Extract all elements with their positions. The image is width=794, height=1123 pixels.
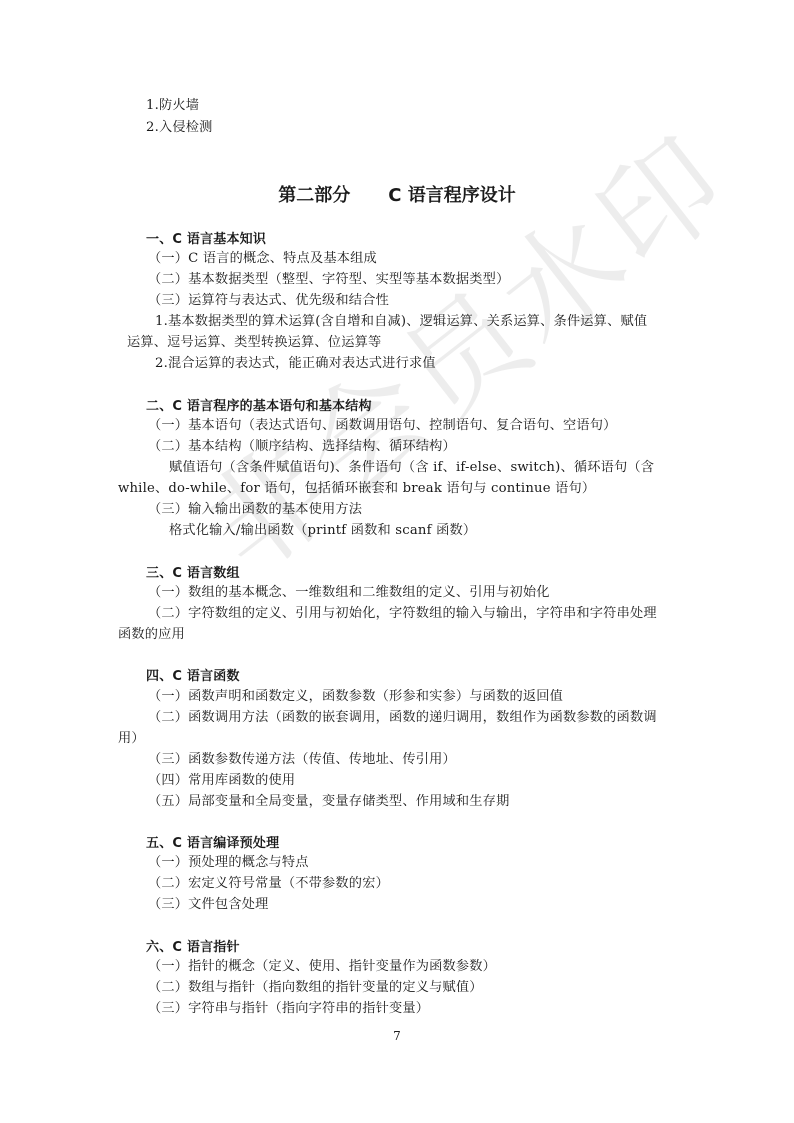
document-page: 非会员水印 1.防火墙 2.入侵检测 第二部分C 语言程序设计 一、C 语言基本… <box>0 0 794 1123</box>
part-subject: C 语言程序设计 <box>388 185 515 206</box>
section-line: （一）基本语句（表达式语句、函数调用语句、控制语句、复合语句、空语句） <box>148 415 617 436</box>
section-line: 1.基本数据类型的算术运算(含自增和自减)、逻辑运算、关系运算、条件运算、赋值 <box>155 311 647 332</box>
section-line: （三）字符串与指针（指向字符串的指针变量） <box>148 998 429 1019</box>
section-line: （一）预处理的概念与特点 <box>148 852 309 873</box>
section-line: （一）指针的概念（定义、使用、指针变量作为函数参数） <box>148 956 496 977</box>
section-line: （三）函数参数传递方法（传值、传地址、传引用） <box>148 749 456 770</box>
section-line: （一）C 语言的概念、特点及基本组成 <box>148 248 377 269</box>
section-line: while、do-while、for 语句，包括循环嵌套和 break 语句与 … <box>118 478 595 499</box>
section-heading: 六、C 语言指针 <box>146 937 240 958</box>
section-line: （三）文件包含处理 <box>148 894 269 915</box>
list-item: 1.防火墙 <box>146 95 199 116</box>
section-line: （三）运算符与表达式、优先级和结合性 <box>148 290 389 311</box>
section-line: （一）数组的基本概念、一维数组和二维数组的定义、引用与初始化 <box>148 582 550 603</box>
section-heading: 四、C 语言函数 <box>146 666 240 687</box>
section-line: （三）输入输出函数的基本使用方法 <box>148 499 362 520</box>
section-line: 用） <box>118 728 145 749</box>
section-heading: 三、C 语言数组 <box>146 563 240 584</box>
section-heading: 一、C 语言基本知识 <box>146 229 266 250</box>
section-line: 格式化输入/输出函数（printf 函数和 scanf 函数） <box>169 520 476 541</box>
section-line: （二）字符数组的定义、引用与初始化，字符数组的输入与输出，字符串和字符串处理 <box>148 603 657 624</box>
section-line: （二）基本数据类型（整型、字符型、实型等基本数据类型） <box>148 269 509 290</box>
section-line: （一）函数声明和函数定义，函数参数（形参和实参）与函数的返回值 <box>148 686 563 707</box>
page-title: 第二部分C 语言程序设计 <box>0 181 794 207</box>
part-label: 第二部分 <box>278 185 350 206</box>
section-line: （二）函数调用方法（函数的嵌套调用，函数的递归调用，数组作为函数参数的函数调 <box>148 707 657 728</box>
section-heading: 五、C 语言编译预处理 <box>146 833 279 854</box>
section-line: （四）常用库函数的使用 <box>148 770 295 791</box>
section-line: （五）局部变量和全局变量，变量存储类型、作用域和生存期 <box>148 791 509 812</box>
section-line: （二）宏定义符号常量（不带参数的宏） <box>148 873 389 894</box>
section-line: 赋值语句（含条件赋值语句)、条件语句（含 if、if-else、switch)、… <box>169 457 654 478</box>
page-number: 7 <box>0 1029 794 1043</box>
section-line: （二）基本结构（顺序结构、选择结构、循环结构） <box>148 436 456 457</box>
section-line: 运算、逗号运算、类型转换运算、位运算等 <box>127 332 381 353</box>
section-line: 函数的应用 <box>118 624 185 645</box>
section-heading: 二、C 语言程序的基本语句和基本结构 <box>146 396 372 417</box>
section-line: 2.混合运算的表达式，能正确对表达式进行求值 <box>155 353 436 374</box>
list-item: 2.入侵检测 <box>146 117 213 138</box>
section-line: （二）数组与指针（指向数组的指针变量的定义与赋值） <box>148 977 483 998</box>
